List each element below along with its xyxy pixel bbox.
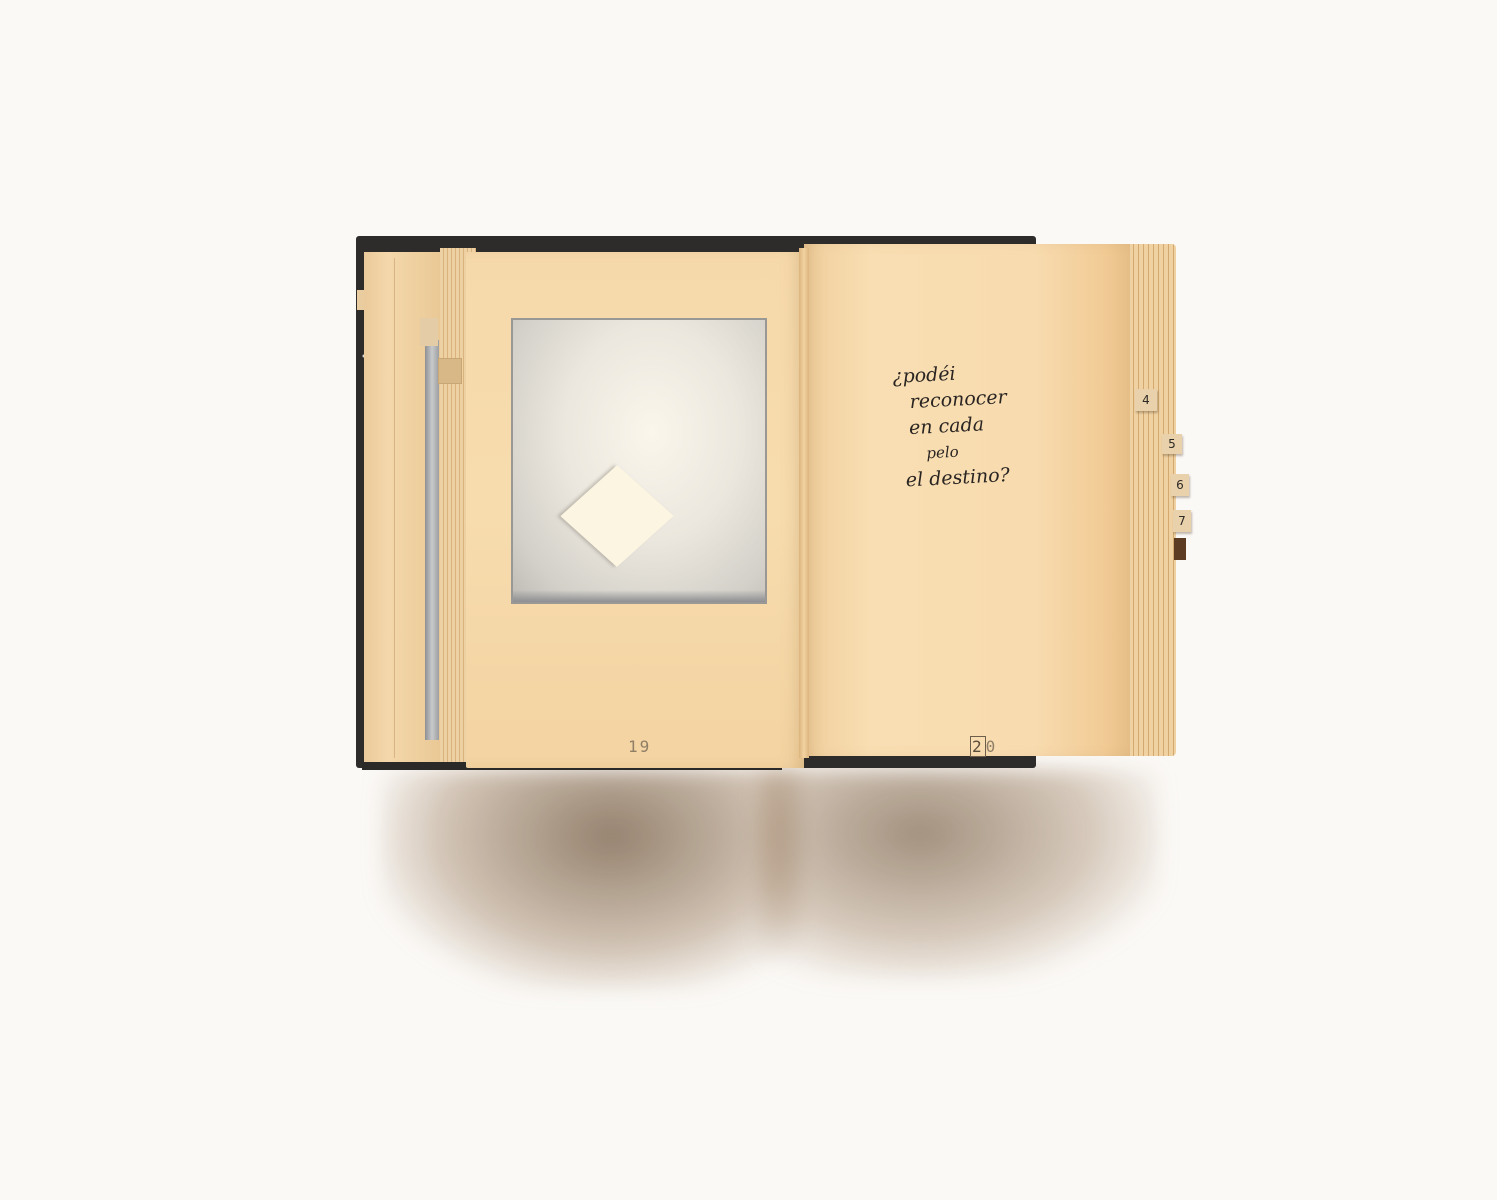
book-shadow-right (760, 770, 1160, 980)
left-paper-tab (420, 318, 438, 346)
instant-photo-developing-edge (513, 590, 765, 602)
index-tab-6[interactable]: 6 (1171, 474, 1189, 496)
book-gutter (799, 248, 809, 758)
book-shadow-left (380, 770, 800, 990)
page-number-digit: 2 (970, 736, 986, 757)
index-tab-7[interactable]: 7 (1173, 510, 1191, 532)
right-pages-edge (1124, 244, 1176, 756)
handwritten-text: ¿podéi reconocer en cada pelo el destino… (892, 356, 1049, 494)
instant-photo (511, 318, 767, 604)
page-number-right: 20 (970, 737, 997, 756)
right-page (804, 244, 1130, 756)
index-tab-4[interactable]: 4 (1135, 389, 1157, 411)
tucked-photo-strip (425, 340, 439, 740)
page-number-left: 19 (628, 737, 651, 756)
flyleaf-fold-line (394, 258, 395, 758)
index-tab-5[interactable]: 5 (1162, 434, 1182, 454)
dark-index-tab[interactable] (1174, 538, 1186, 560)
left-wooden-tab (438, 358, 462, 384)
page-number-digit: 0 (986, 737, 998, 756)
